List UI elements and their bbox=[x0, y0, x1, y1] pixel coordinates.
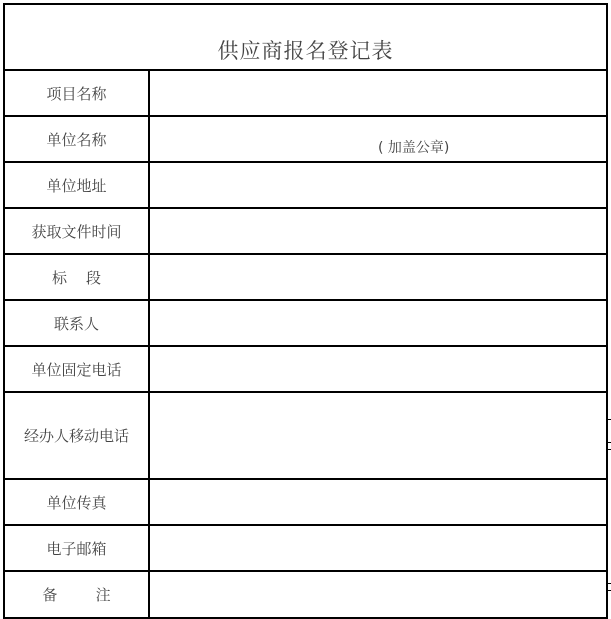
field-project-name[interactable] bbox=[150, 71, 606, 115]
supplier-registration-form: 供应商报名登记表 项目名称 单位名称 ( 加盖公章) 单位地址 获取文件时间 标… bbox=[3, 3, 608, 619]
row-mobile: 经办人移动电话 bbox=[5, 393, 606, 480]
label-landline: 单位固定电话 bbox=[5, 347, 150, 391]
label-fax: 单位传真 bbox=[5, 480, 150, 524]
field-email[interactable] bbox=[150, 526, 606, 570]
field-document-time[interactable] bbox=[150, 209, 606, 253]
field-landline[interactable] bbox=[150, 347, 606, 391]
row-document-time: 获取文件时间 bbox=[5, 209, 606, 255]
row-email: 电子邮箱 bbox=[5, 526, 606, 572]
field-company-name[interactable]: ( 加盖公章) bbox=[150, 117, 606, 161]
field-contact-person[interactable] bbox=[150, 301, 606, 345]
row-remarks: 备 注 bbox=[5, 572, 606, 617]
row-company-name: 单位名称 ( 加盖公章) bbox=[5, 117, 606, 163]
label-document-time: 获取文件时间 bbox=[5, 209, 150, 253]
row-project-name: 项目名称 bbox=[5, 71, 606, 117]
form-title: 供应商报名登记表 bbox=[5, 5, 606, 71]
field-remarks[interactable] bbox=[150, 572, 606, 617]
field-company-address[interactable] bbox=[150, 163, 606, 207]
field-mobile[interactable] bbox=[150, 393, 606, 478]
row-lot: 标 段 bbox=[5, 255, 606, 301]
row-fax: 单位传真 bbox=[5, 480, 606, 526]
row-landline: 单位固定电话 bbox=[5, 347, 606, 393]
label-project-name: 项目名称 bbox=[5, 71, 150, 115]
label-company-address: 单位地址 bbox=[5, 163, 150, 207]
field-lot[interactable] bbox=[150, 255, 606, 299]
label-remarks: 备 注 bbox=[5, 572, 150, 617]
label-lot: 标 段 bbox=[5, 255, 150, 299]
seal-note: ( 加盖公章) bbox=[378, 137, 449, 157]
label-email: 电子邮箱 bbox=[5, 526, 150, 570]
label-mobile: 经办人移动电话 bbox=[5, 393, 150, 478]
label-company-name: 单位名称 bbox=[5, 117, 150, 161]
field-fax[interactable] bbox=[150, 480, 606, 524]
row-contact-person: 联系人 bbox=[5, 301, 606, 347]
label-contact-person: 联系人 bbox=[5, 301, 150, 345]
row-company-address: 单位地址 bbox=[5, 163, 606, 209]
